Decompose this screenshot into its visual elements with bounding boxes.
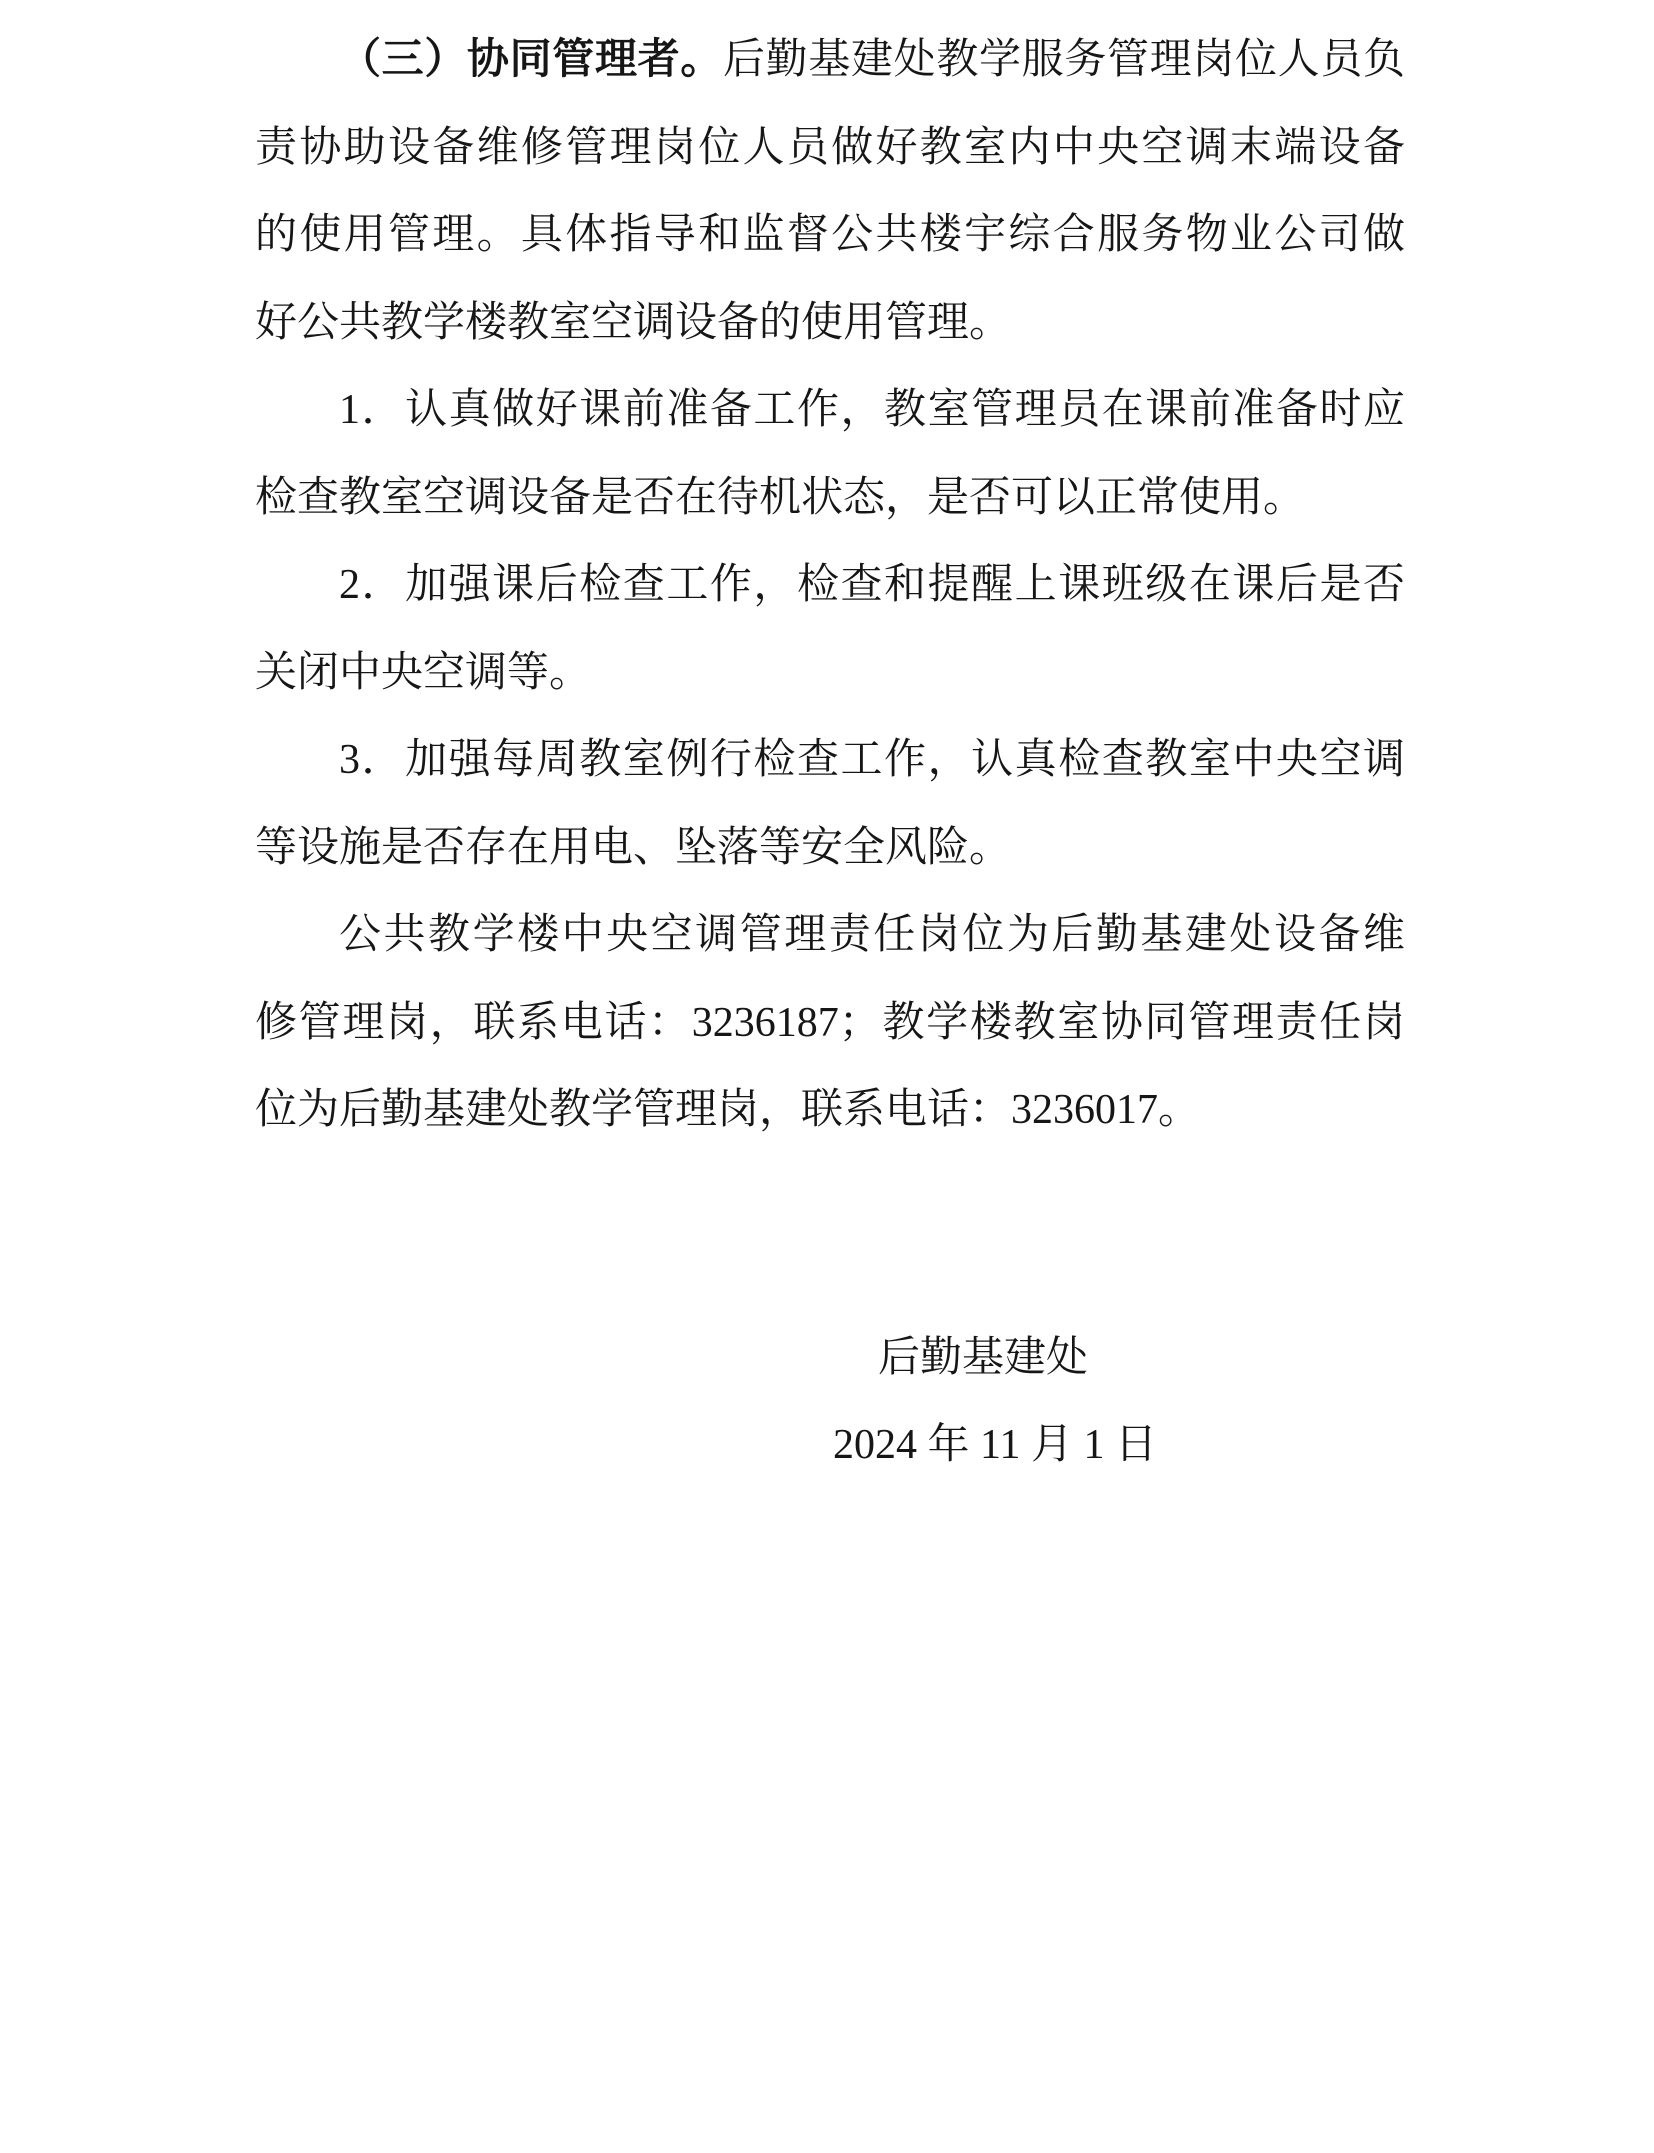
paragraph-line: （三）协同管理者。后勤基建处教学服务管理岗位人员负 — [255, 17, 1405, 105]
text-line: 的使用管理。具体指导和监督公共楼宇综合服务物业公司做 — [255, 192, 1405, 280]
text-line: 后勤基建处教学服务管理岗位人员负 — [723, 37, 1405, 83]
signature-department: 后勤基建处 — [878, 1336, 1088, 1380]
text-line: 位为后勤基建处教学管理岗，联系电话：3236017。 — [255, 1067, 1405, 1155]
document-page: （三）协同管理者。后勤基建处教学服务管理岗位人员负 责协助设备维修管理岗位人员做… — [0, 0, 1654, 2153]
numbered-item-line: 1．认真做好课前准备工作，教室管理员在课前准备时应 — [255, 367, 1405, 455]
text-line: 关闭中央空调等。 — [255, 630, 1405, 718]
section-heading: （三）协同管理者。 — [339, 37, 723, 83]
numbered-item-line: 3．加强每周教室例行检查工作，认真检查教室中央空调 — [255, 717, 1405, 805]
text-line: 检查教室空调设备是否在待机状态，是否可以正常使用。 — [255, 455, 1405, 543]
signature-date: 2024 年 11 月 1 日 — [833, 1423, 1157, 1467]
document-body: （三）协同管理者。后勤基建处教学服务管理岗位人员负 责协助设备维修管理岗位人员做… — [255, 17, 1405, 1155]
text-line: 修管理岗，联系电话：3236187；教学楼教室协同管理责任岗 — [255, 980, 1405, 1068]
text-line: 责协助设备维修管理岗位人员做好教室内中央空调末端设备 — [255, 105, 1405, 193]
text-line: 好公共教学楼教室空调设备的使用管理。 — [255, 280, 1405, 368]
numbered-item-line: 2．加强课后检查工作，检查和提醒上课班级在课后是否 — [255, 542, 1405, 630]
paragraph-line: 公共教学楼中央空调管理责任岗位为后勤基建处设备维 — [255, 892, 1405, 980]
text-line: 等设施是否存在用电、坠落等安全风险。 — [255, 805, 1405, 893]
